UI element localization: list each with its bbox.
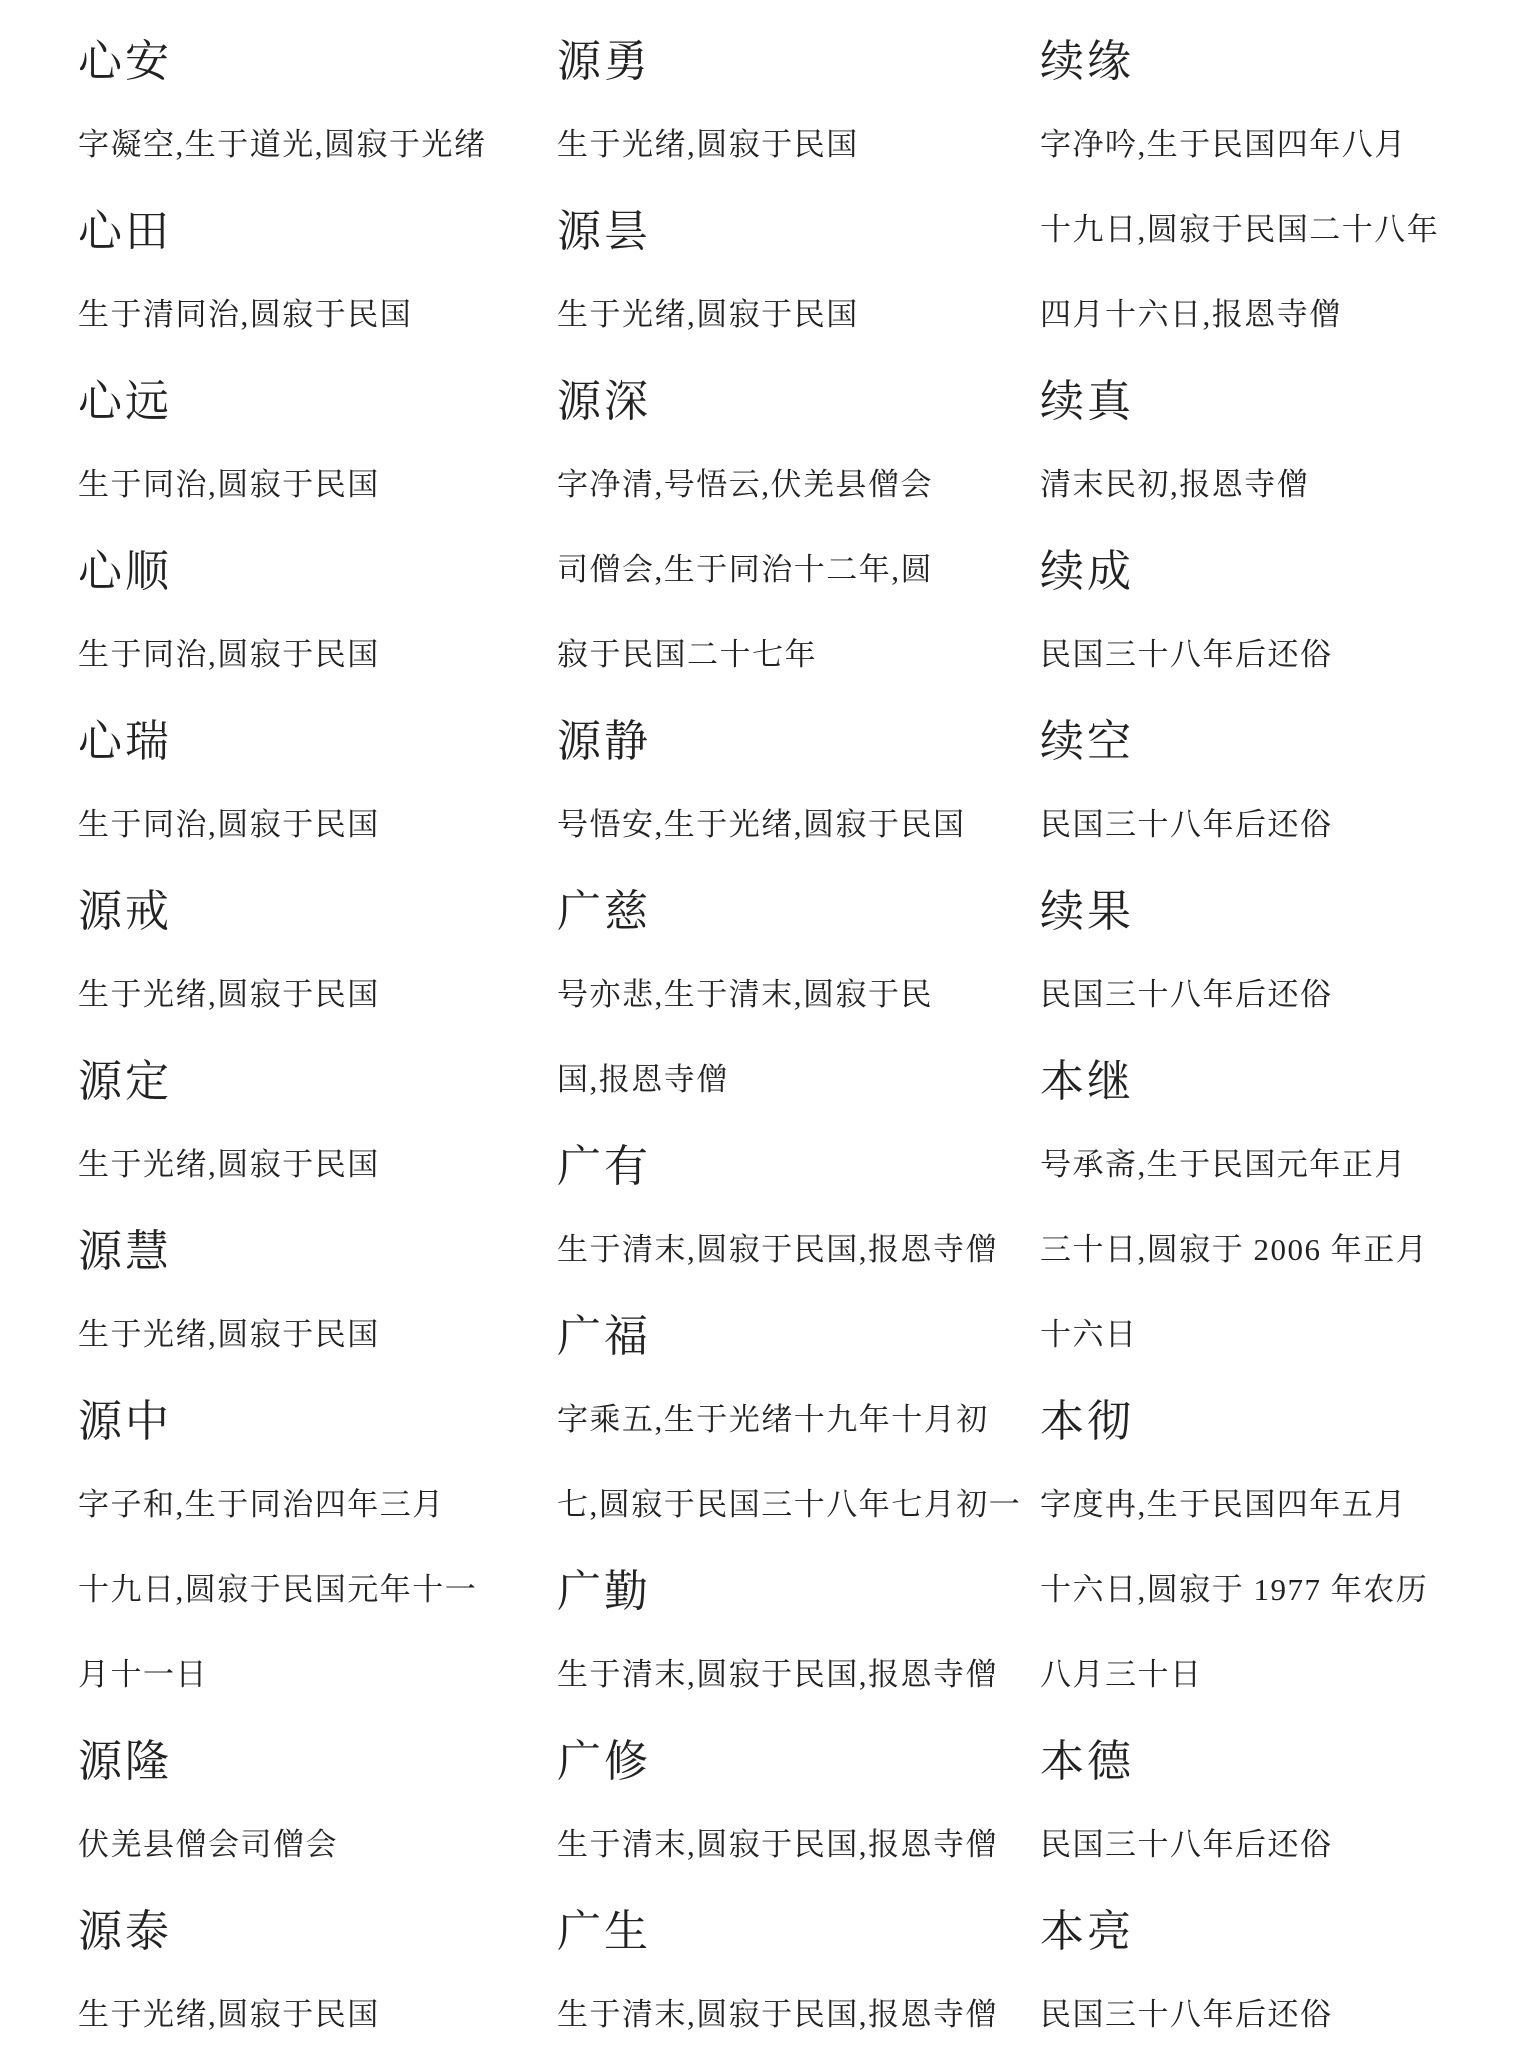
monk-detail: 三十日,圆寂于 2006 年正月 (1040, 1204, 1510, 1289)
monk-name: 广有 (557, 1119, 1027, 1204)
monk-name: 续缘 (1040, 14, 1510, 99)
column-left: 心安 字凝空,生于道光,圆寂于光绪 心田 生于清同治,圆寂于民国 心远 生于同治… (78, 14, 548, 2054)
monk-name: 本德 (1040, 1714, 1510, 1799)
monk-detail: 字凝空,生于道光,圆寂于光绪 (78, 99, 548, 184)
monk-detail: 字度冉,生于民国四年五月 (1040, 1459, 1510, 1544)
monk-detail: 号亦悲,生于清末,圆寂于民 (557, 949, 1027, 1034)
document-page: 心安 字凝空,生于道光,圆寂于光绪 心田 生于清同治,圆寂于民国 心远 生于同治… (0, 0, 1515, 2069)
monk-name: 广修 (557, 1714, 1027, 1799)
monk-name: 源戒 (78, 864, 548, 949)
monk-detail: 民国三十八年后还俗 (1040, 779, 1510, 864)
monk-name: 广福 (557, 1289, 1027, 1374)
monk-name: 心田 (78, 184, 548, 269)
monk-detail: 民国三十八年后还俗 (1040, 1969, 1510, 2054)
monk-name: 源静 (557, 694, 1027, 779)
monk-detail: 生于光绪,圆寂于民国 (78, 1119, 548, 1204)
monk-name: 心安 (78, 14, 548, 99)
monk-detail: 生于清末,圆寂于民国,报恩寺僧 (557, 1969, 1027, 2054)
monk-detail: 民国三十八年后还俗 (1040, 609, 1510, 694)
column-right: 续缘 字净吟,生于民国四年八月 十九日,圆寂于民国二十八年 四月十六日,报恩寺僧… (1040, 14, 1510, 2054)
monk-detail: 十六日,圆寂于 1977 年农历 (1040, 1544, 1510, 1629)
monk-detail: 八月三十日 (1040, 1629, 1510, 1714)
monk-detail: 生于光绪,圆寂于民国 (557, 269, 1027, 354)
monk-detail: 清末民初,报恩寺僧 (1040, 439, 1510, 524)
monk-detail: 字乘五,生于光绪十九年十月初 (557, 1374, 1027, 1459)
monk-detail: 四月十六日,报恩寺僧 (1040, 269, 1510, 354)
monk-name: 本彻 (1040, 1374, 1510, 1459)
monk-detail: 字子和,生于同治四年三月 (78, 1459, 548, 1544)
monk-name: 源定 (78, 1034, 548, 1119)
monk-name: 续空 (1040, 694, 1510, 779)
monk-detail: 民国三十八年后还俗 (1040, 949, 1510, 1034)
monk-name: 源隆 (78, 1714, 548, 1799)
monk-detail: 七,圆寂于民国三十八年七月初一 (557, 1459, 1027, 1544)
monk-detail: 生于光绪,圆寂于民国 (78, 1969, 548, 2054)
monk-detail: 生于光绪,圆寂于民国 (557, 99, 1027, 184)
monk-name: 广生 (557, 1884, 1027, 1969)
monk-name: 续真 (1040, 354, 1510, 439)
monk-detail: 生于清末,圆寂于民国,报恩寺僧 (557, 1629, 1027, 1714)
column-middle: 源勇 生于光绪,圆寂于民国 源昙 生于光绪,圆寂于民国 源深 字净清,号悟云,伏… (557, 14, 1027, 2054)
monk-detail: 伏羌县僧会司僧会 (78, 1799, 548, 1884)
monk-detail: 生于同治,圆寂于民国 (78, 609, 548, 694)
monk-detail: 国,报恩寺僧 (557, 1034, 1027, 1119)
monk-name: 广慈 (557, 864, 1027, 949)
monk-detail: 生于光绪,圆寂于民国 (78, 949, 548, 1034)
monk-detail: 生于清同治,圆寂于民国 (78, 269, 548, 354)
monk-name: 源中 (78, 1374, 548, 1459)
monk-detail: 生于同治,圆寂于民国 (78, 779, 548, 864)
monk-name: 源泰 (78, 1884, 548, 1969)
monk-detail: 字净清,号悟云,伏羌县僧会 (557, 439, 1027, 524)
monk-name: 心远 (78, 354, 548, 439)
monk-name: 续果 (1040, 864, 1510, 949)
monk-detail: 生于光绪,圆寂于民国 (78, 1289, 548, 1374)
monk-detail: 十九日,圆寂于民国二十八年 (1040, 184, 1510, 269)
monk-detail: 号承斋,生于民国元年正月 (1040, 1119, 1510, 1204)
monk-detail: 生于清末,圆寂于民国,报恩寺僧 (557, 1799, 1027, 1884)
monk-name: 心顺 (78, 524, 548, 609)
monk-name: 本继 (1040, 1034, 1510, 1119)
monk-detail: 寂于民国二十七年 (557, 609, 1027, 694)
monk-name: 源昙 (557, 184, 1027, 269)
monk-detail: 十九日,圆寂于民国元年十一 (78, 1544, 548, 1629)
monk-name: 广勤 (557, 1544, 1027, 1629)
monk-detail: 生于同治,圆寂于民国 (78, 439, 548, 524)
monk-detail: 民国三十八年后还俗 (1040, 1799, 1510, 1884)
monk-detail: 十六日 (1040, 1289, 1510, 1374)
monk-detail: 号悟安,生于光绪,圆寂于民国 (557, 779, 1027, 864)
monk-name: 源勇 (557, 14, 1027, 99)
monk-name: 续成 (1040, 524, 1510, 609)
monk-detail: 生于清末,圆寂于民国,报恩寺僧 (557, 1204, 1027, 1289)
monk-name: 本亮 (1040, 1884, 1510, 1969)
monk-name: 源慧 (78, 1204, 548, 1289)
monk-detail: 月十一日 (78, 1629, 548, 1714)
monk-name: 心瑞 (78, 694, 548, 779)
monk-name: 源深 (557, 354, 1027, 439)
monk-detail: 字净吟,生于民国四年八月 (1040, 99, 1510, 184)
monk-detail: 司僧会,生于同治十二年,圆 (557, 524, 1027, 609)
